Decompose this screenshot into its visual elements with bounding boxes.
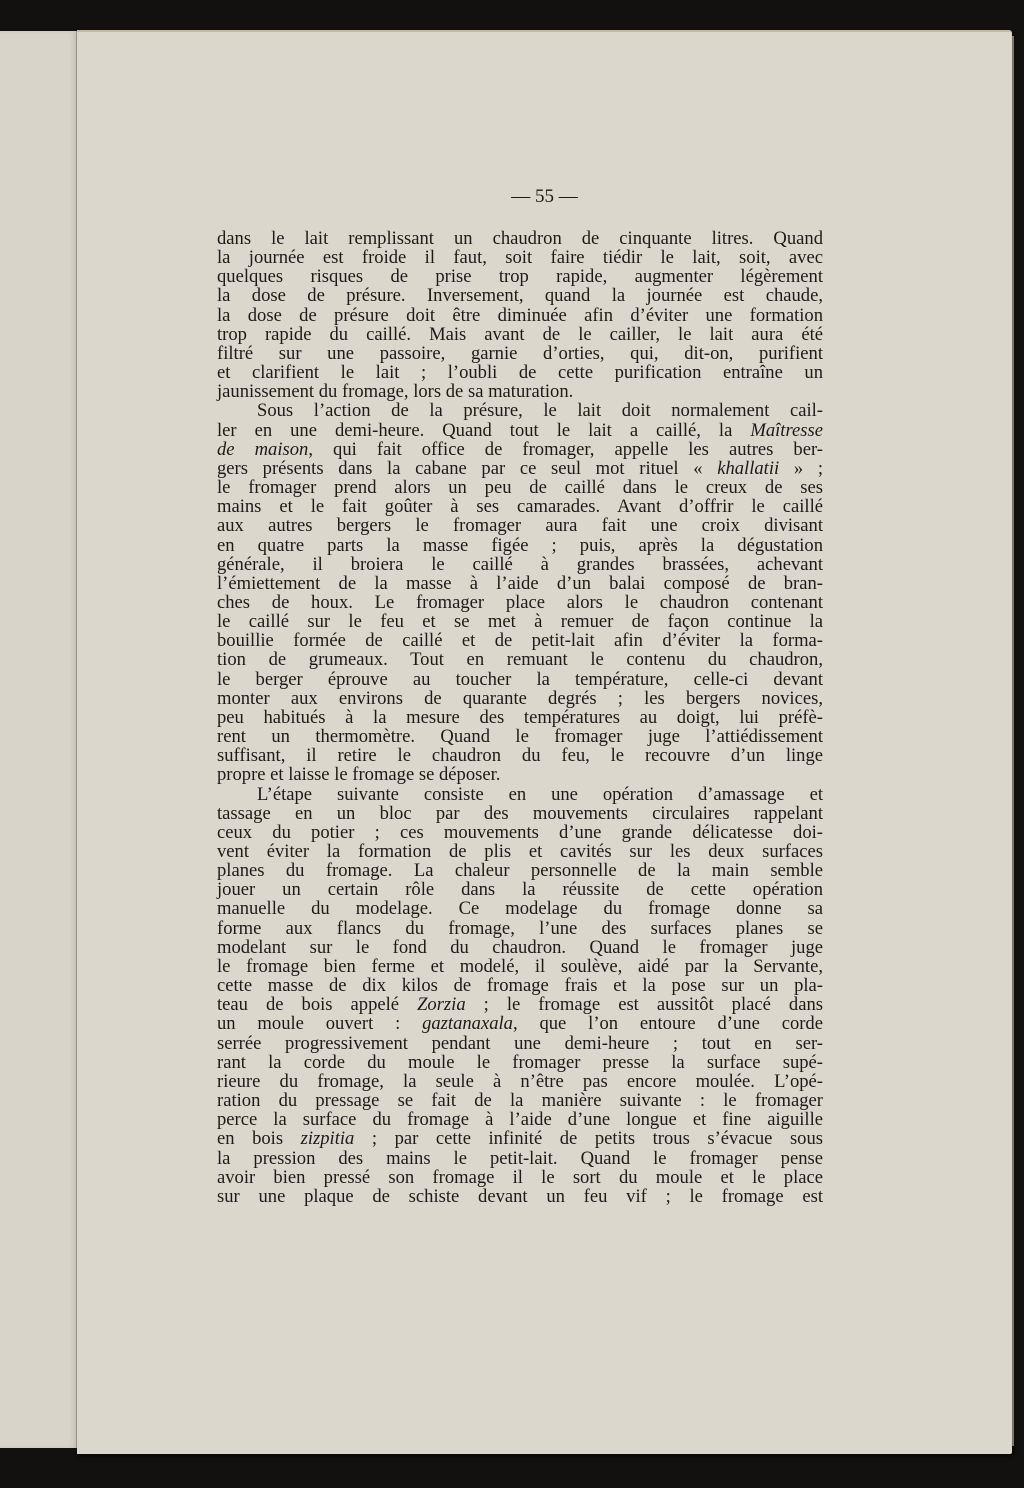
text-line: rent un thermomètre. Quand le fromager j… [217, 727, 823, 746]
text-line: jouer un certain rôle dans la réussite d… [217, 880, 823, 899]
paragraph-3: L’étape suivante consiste en une opérati… [217, 785, 823, 1206]
italic-term: khallatii [717, 458, 779, 479]
text-run: , que l’on entoure d’une corde [513, 1013, 823, 1034]
italic-term: gaztanaxala [422, 1013, 513, 1034]
text-line: quelques risques de prise trop rapide, a… [217, 267, 823, 286]
text-line: en bois zizpitia ; par cette infinité de… [217, 1129, 823, 1148]
text-line: mains et le fait goûter à ses camarades.… [217, 497, 823, 516]
text-line: aux autres bergers le fromager aura fait… [217, 516, 823, 535]
text-line: l’émiettement de la masse à l’aide d’un … [217, 574, 823, 593]
text-line: perce la surface du fromage à l’aide d’u… [217, 1110, 823, 1129]
text-line: avoir bien pressé son fromage il le sort… [217, 1168, 823, 1187]
text-line: modelant sur le fond du chaudron. Quand … [217, 938, 823, 957]
text-line: Sous l’action de la présure, le lait doi… [217, 401, 823, 420]
text-line: la pression des mains le petit-lait. Qua… [217, 1149, 823, 1168]
text-line: bouillie formée de caillé et de petit-la… [217, 631, 823, 650]
text-line: en quatre parts la masse figée ; puis, a… [217, 536, 823, 555]
text-run: gers présents dans la cabane par ce seul… [217, 458, 717, 479]
text-line: le fromager prend alors un peu de caillé… [217, 478, 823, 497]
italic-term: Zorzia [417, 994, 466, 1015]
book-page: — 55 — dans le lait remplissant un chaud… [77, 30, 1012, 1454]
text-line: trop rapide du caillé. Mais avant de le … [217, 325, 823, 344]
text-line: le fromage bien ferme et modelé, il soul… [217, 957, 823, 976]
text-run: un moule ouvert : [217, 1013, 422, 1034]
text-run: ; par cette infinité de petits trous s’é… [354, 1128, 823, 1149]
text-line: cette masse de dix kilos de fromage frai… [217, 976, 823, 995]
text-line: vent éviter la formation de plis et cavi… [217, 842, 823, 861]
text-run: en bois [217, 1128, 301, 1149]
text-line: sur une plaque de schiste devant un feu … [217, 1187, 823, 1206]
text-line: planes du fromage. La chaleur personnell… [217, 861, 823, 880]
paragraph-1: dans le lait remplissant un chaudron de … [217, 229, 823, 401]
italic-term: Maîtresse [750, 420, 823, 441]
text-line: le caillé sur le feu et se met à remuer … [217, 612, 823, 631]
text-line: un moule ouvert : gaztanaxala, que l’on … [217, 1014, 823, 1033]
text-line: gers présents dans la cabane par ce seul… [217, 459, 823, 478]
text-line: monter aux environs de quarante degrés ;… [217, 689, 823, 708]
page-number: — 55 — [77, 186, 1012, 208]
text-line: rieure du fromage, la seule à n’être pas… [217, 1072, 823, 1091]
text-line: la journée est froide il faut, soit fair… [217, 248, 823, 267]
text-line: tassage en un bloc par des mouvements ci… [217, 804, 823, 823]
text-run: » ; [779, 458, 823, 479]
text-line: teau de bois appelé Zorzia ; le fromage … [217, 995, 823, 1014]
text-line: jaunissement du fromage, lors de sa matu… [217, 382, 823, 401]
text-run: ler en une demi-heure. Quand tout le lai… [217, 420, 750, 441]
text-line: ler en une demi-heure. Quand tout le lai… [217, 421, 823, 440]
text-line: forme aux flancs du fromage, l’une des s… [217, 919, 823, 938]
text-line: la dose de présure. Inversement, quand l… [217, 286, 823, 305]
text-line: L’étape suivante consiste en une opérati… [217, 785, 823, 804]
text-line: rant la corde du moule le fromager press… [217, 1053, 823, 1072]
text-run: ; le fromage est aussitôt placé dans [466, 994, 823, 1015]
text-line: ceux du potier ; ces mouvements d’une gr… [217, 823, 823, 842]
text-line: peu habitués à la mesure des température… [217, 708, 823, 727]
text-line: le berger éprouve au toucher la températ… [217, 670, 823, 689]
text-line: la dose de présure doit être diminuée af… [217, 306, 823, 325]
text-line: tion de grumeaux. Tout en remuant le con… [217, 650, 823, 669]
text-line: dans le lait remplissant un chaudron de … [217, 229, 823, 248]
text-line: ration du pressage se fait de la manière… [217, 1091, 823, 1110]
text-line: de maison, qui fait office de fromager, … [217, 440, 823, 459]
text-line: générale, il broiera le caillé à grandes… [217, 555, 823, 574]
paragraph-2: Sous l’action de la présure, le lait doi… [217, 401, 823, 784]
text-line: manuelle du modelage. Ce modelage du fro… [217, 899, 823, 918]
left-page-edge [0, 31, 77, 1448]
text-line: filtré sur une passoire, garnie d’orties… [217, 344, 823, 363]
text-line: ches de houx. Le fromager place alors le… [217, 593, 823, 612]
text-line: propre et laisse le fromage se déposer. [217, 765, 823, 784]
body-text: dans le lait remplissant un chaudron de … [217, 229, 823, 1206]
text-line: et clarifient le lait ; l’oubli de cette… [217, 363, 823, 382]
text-run: teau de bois appelé [217, 994, 417, 1015]
text-run: , qui fait office de fromager, appelle l… [308, 439, 823, 460]
text-line: serrée progressivement pendant une demi-… [217, 1034, 823, 1053]
italic-term: zizpitia [301, 1128, 355, 1149]
text-line: suffisant, il retire le chaudron du feu,… [217, 746, 823, 765]
italic-term: de maison [217, 439, 308, 460]
